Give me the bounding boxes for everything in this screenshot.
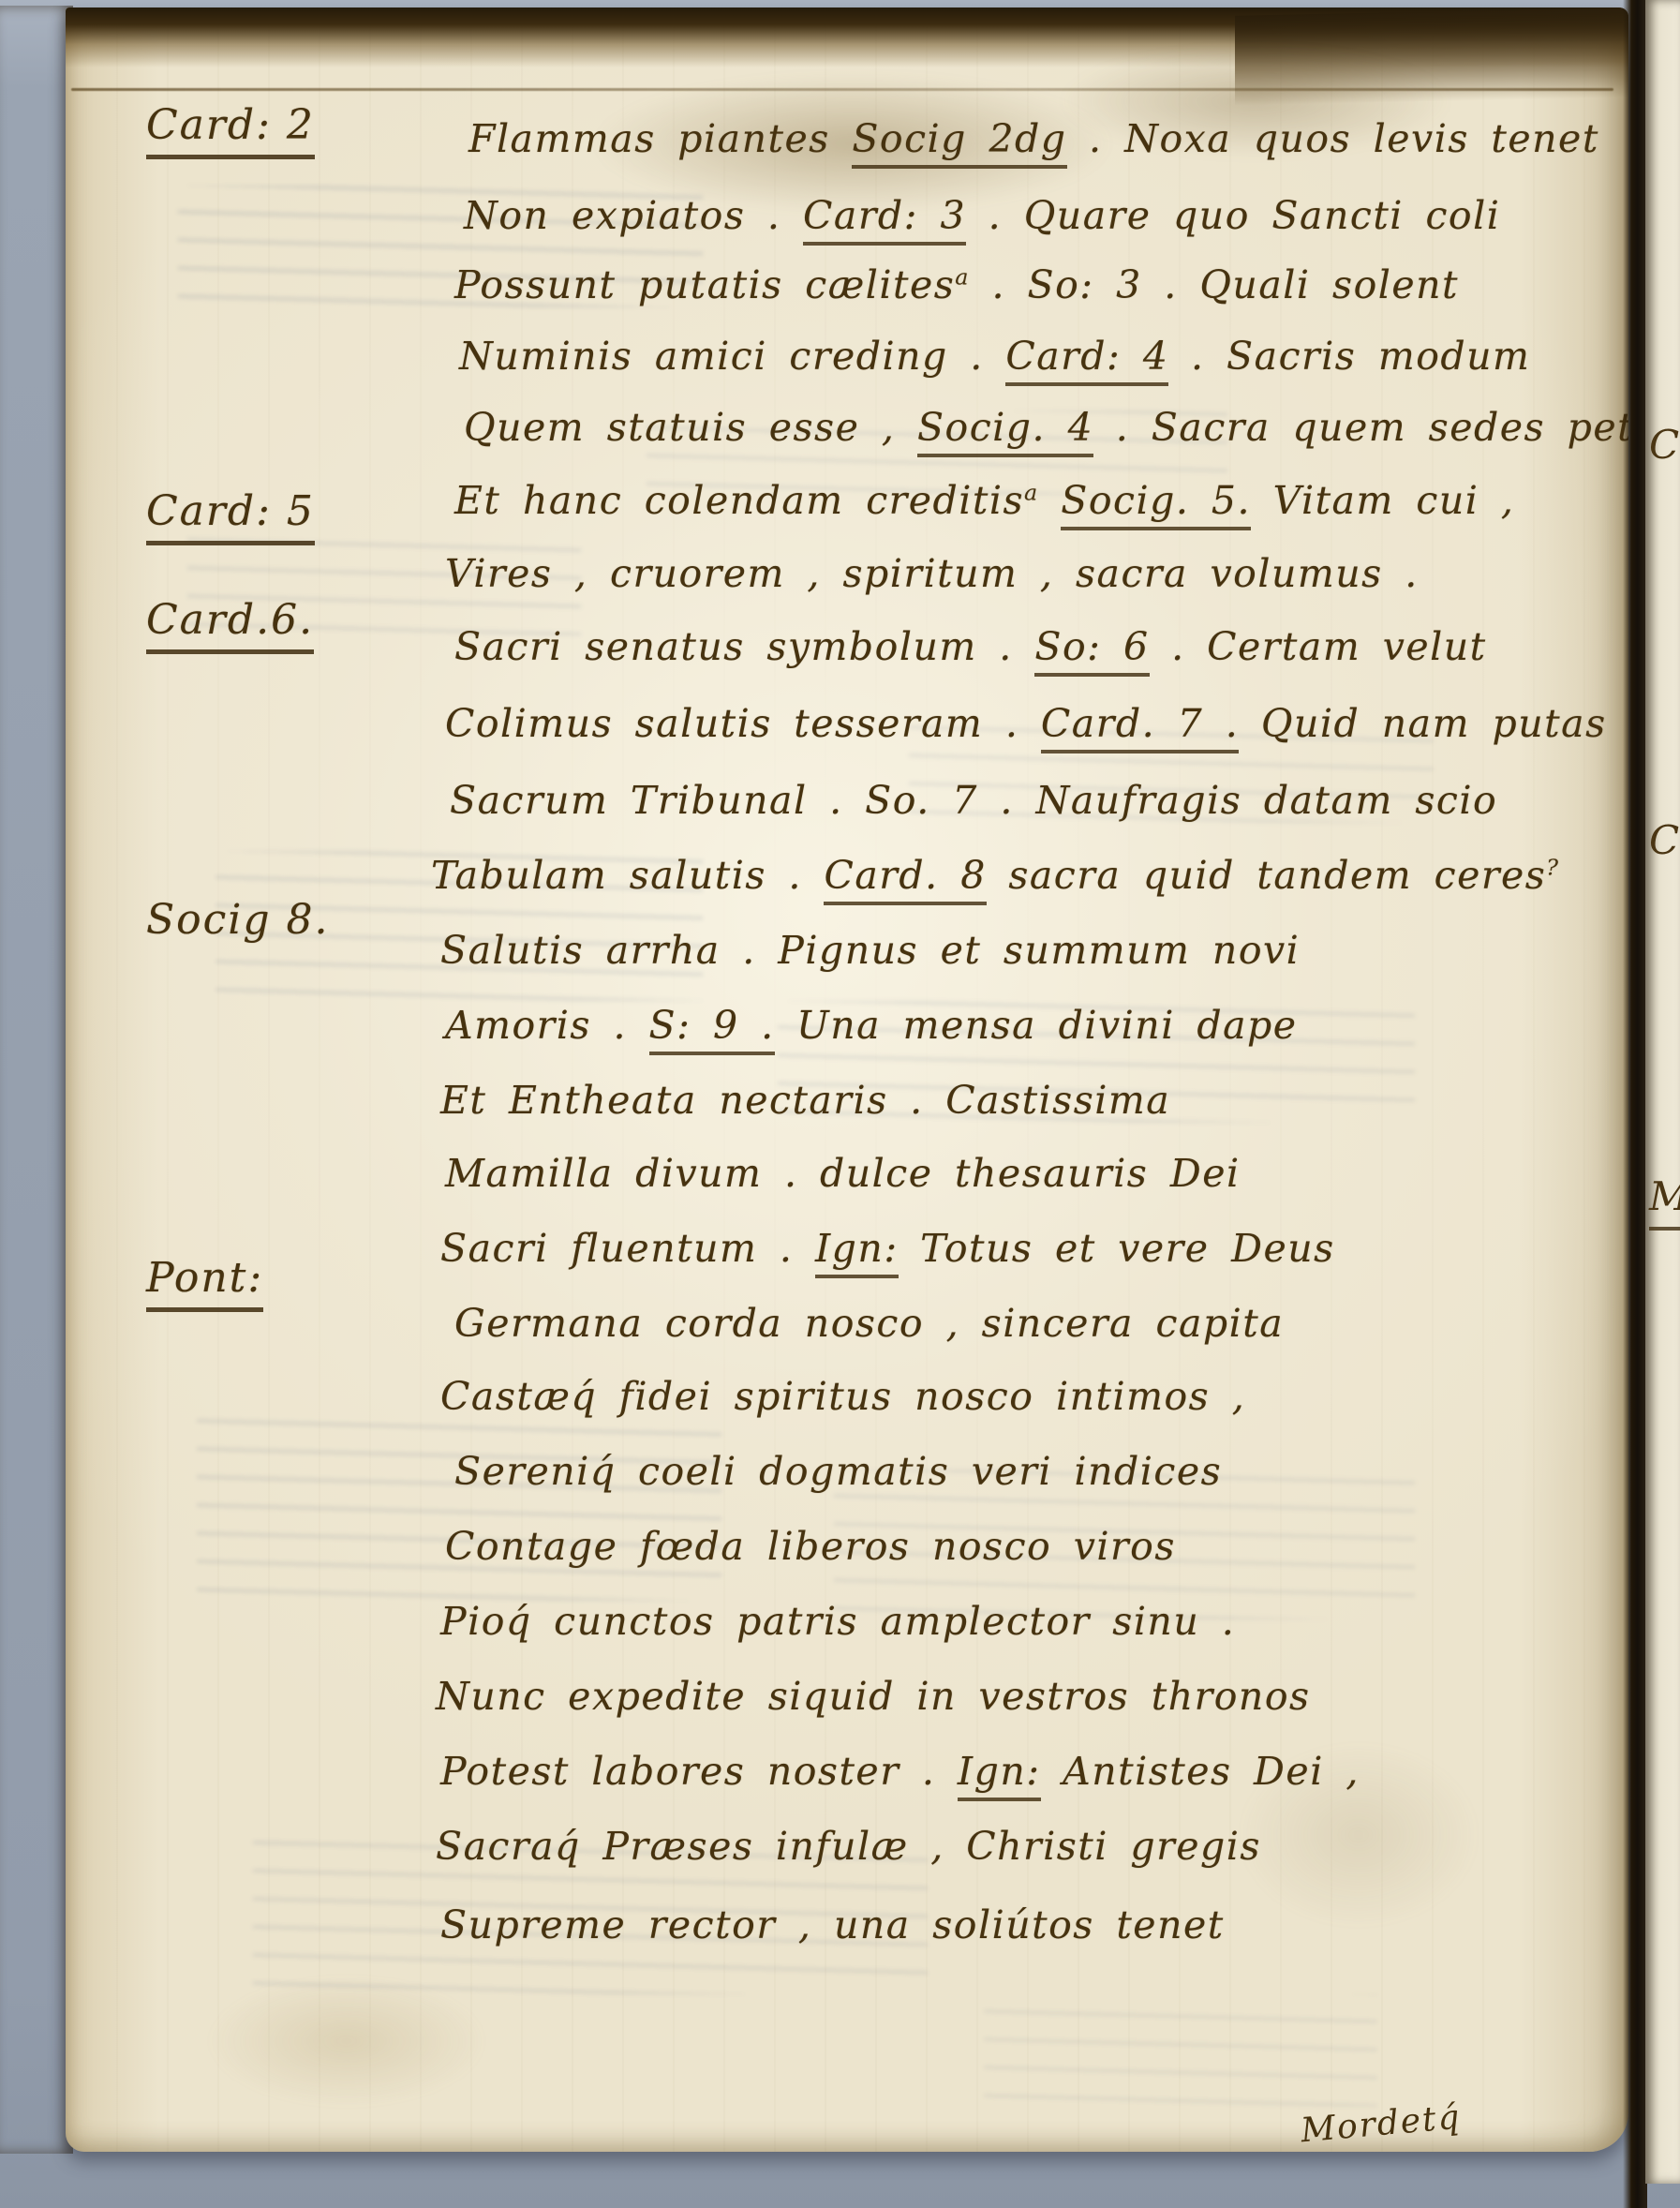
book-binding-edge	[0, 6, 73, 2154]
text-line: Supreme rector , una soliútos tenet	[440, 1902, 1225, 1947]
cue-label: Card: 3	[803, 193, 966, 246]
text-segment: . Sacra quem sedes petri	[1093, 405, 1628, 450]
next-page-text-fragment: Ca	[1649, 817, 1680, 863]
bleedthrough-text	[197, 1413, 721, 1601]
text-line: Contage fœda liberos nosco viros	[445, 1524, 1176, 1569]
text-line: Tabulam salutis . Card. 8 sacra quid tan…	[431, 853, 1560, 898]
speaker-label-text: Socig 8.	[146, 896, 329, 944]
text-segment: . Noxa quos levis tenet	[1067, 116, 1599, 161]
text-segment: Et hanc colendam creditis	[454, 478, 1024, 523]
speaker-label: Card: 2	[146, 101, 315, 149]
cue-label: Card. 7 .	[1041, 701, 1239, 753]
text-line: Sacri senatus symbolum . So: 6 . Certam …	[454, 624, 1487, 669]
speaker-label: Card.6.	[146, 596, 314, 644]
text-segment: Nunc expedite siquid in vestros thronos	[436, 1674, 1311, 1719]
text-line: Et Entheata nectaris . Castissima	[440, 1078, 1170, 1123]
text-segment: . Certam velut	[1150, 624, 1487, 669]
text-segment: Mamilla divum . dulce thesauris Dei	[445, 1151, 1241, 1196]
speaker-label: Pont:	[146, 1254, 263, 1302]
text-segment: Vitam cui ,	[1251, 478, 1514, 523]
page-top-crease-line	[71, 88, 1613, 91]
text-segment: Potest labores noster .	[440, 1749, 958, 1794]
text-segment: Sacraq́ Præses infulæ , Christi gregis	[436, 1824, 1261, 1869]
text-line: Possunt putatis cælitesa . So: 3 . Quali…	[454, 262, 1459, 307]
text-segment: . So: 3 . Quali solent	[970, 262, 1459, 307]
text-line: Potest labores noster . Ign: Antistes De…	[440, 1749, 1360, 1794]
text-line: Vires , cruorem , spiritum , sacra volum…	[445, 551, 1419, 596]
text-line: Sacrum Tribunal . So. 7 . Naufragis data…	[450, 778, 1497, 823]
next-page-edge: CCaM	[1645, 0, 1680, 2184]
cue-label: Ign:	[815, 1226, 899, 1278]
text-segment: Una mensa divini dape	[775, 1003, 1298, 1048]
manuscript-scan: Card: 2Card: 5Card.6.Socig 8.Pont: Flamm…	[0, 0, 1680, 2208]
text-segment: Sereniq́ coeli dogmatis veri indices	[454, 1449, 1222, 1494]
speaker-label-text: Card: 5	[146, 487, 315, 545]
text-line: Castæq́ fidei spiritus nosco intimos ,	[440, 1374, 1245, 1419]
text-segment: Totus et vere Deus	[899, 1226, 1335, 1271]
text-line: Quem statuis esse , Socig. 4 . Sacra que…	[464, 405, 1628, 450]
cue-label: So: 6	[1034, 624, 1149, 677]
cue-label: Card. 8	[824, 853, 986, 905]
text-segment: Quem statuis esse ,	[464, 405, 917, 450]
page-top-right-darkened-edge	[1235, 7, 1628, 106]
text-segment: Vires , cruorem , spiritum , sacra volum…	[445, 551, 1419, 596]
text-line: Et hanc colendam creditisa Socig. 5. Vit…	[454, 478, 1514, 523]
speaker-label-text: Pont:	[146, 1254, 263, 1312]
text-segment: Germana corda nosco , sincera capita	[454, 1301, 1284, 1346]
cue-label: Socig. 5.	[1061, 478, 1251, 530]
text-segment: Pioq́ cunctos patris amplector sinu .	[440, 1599, 1235, 1644]
text-line: Non expiatos . Card: 3 . Quare quo Sanct…	[464, 193, 1500, 238]
text-segment: Tabulam salutis .	[431, 853, 824, 898]
text-segment: . Quare quo Sancti coli	[966, 193, 1500, 238]
text-line: Nunc expedite siquid in vestros thronos	[436, 1674, 1311, 1719]
speaker-label-text: Card: 2	[146, 101, 315, 159]
superscript-mark: a	[955, 263, 970, 290]
speaker-label: Socig 8.	[146, 896, 329, 944]
text-segment: Antistes Dei ,	[1041, 1749, 1360, 1794]
text-line: Flammas piantes Socig 2dg . Noxa quos le…	[468, 116, 1599, 161]
text-segment: Amoris .	[445, 1003, 649, 1048]
text-segment: Sacri senatus symbolum .	[454, 624, 1034, 669]
cue-label: S: 9 .	[649, 1003, 775, 1055]
cue-label: Ign:	[958, 1749, 1041, 1801]
text-segment: Sacrum Tribunal . So. 7 . Naufragis data…	[450, 778, 1497, 823]
paper-stain	[206, 1976, 487, 2107]
manuscript-page: Card: 2Card: 5Card.6.Socig 8.Pont: Flamm…	[66, 7, 1628, 2152]
catchword: Mordetq́	[1300, 2098, 1464, 2151]
text-segment: Numinis amici creding .	[459, 334, 1005, 379]
cue-label: Socig. 4	[917, 405, 1093, 457]
text-segment: Salutis arrha . Pignus et summum novi	[440, 928, 1300, 973]
superscript-mark: a	[1024, 479, 1039, 505]
text-segment: Et Entheata nectaris . Castissima	[440, 1078, 1170, 1123]
text-segment	[1039, 478, 1062, 523]
text-segment: Flammas piantes	[468, 116, 852, 161]
text-segment: Supreme rector , una soliútos tenet	[440, 1902, 1225, 1947]
text-line: Pioq́ cunctos patris amplector sinu .	[440, 1599, 1235, 1644]
superscript-mark: ?	[1546, 854, 1559, 880]
text-segment: Sacri fluentum .	[440, 1226, 815, 1271]
bleedthrough-text	[984, 1994, 1377, 2107]
text-segment: Possunt putatis cælites	[454, 262, 955, 307]
text-line: Amoris . S: 9 . Una mensa divini dape	[445, 1003, 1298, 1048]
text-line: Sacraq́ Præses infulæ , Christi gregis	[436, 1824, 1261, 1869]
text-segment: Contage fœda liberos nosco viros	[445, 1524, 1176, 1569]
cue-label: Card: 4	[1005, 334, 1168, 386]
text-segment: Quid nam putas	[1239, 701, 1606, 746]
text-line: Salutis arrha . Pignus et summum novi	[440, 928, 1300, 973]
text-segment: sacra quid tandem ceres	[987, 853, 1546, 898]
text-line: Colimus salutis tesseram . Card. 7 . Qui…	[445, 701, 1607, 746]
text-segment: Non expiatos .	[464, 193, 803, 238]
text-line: Sacri fluentum . Ign: Totus et vere Deus	[440, 1226, 1335, 1271]
text-line: Numinis amici creding . Card: 4 . Sacris…	[459, 334, 1530, 379]
text-segment: Colimus salutis tesseram .	[445, 701, 1041, 746]
next-page-text-fragment: C	[1649, 422, 1679, 468]
cue-label: Socig 2dg	[852, 116, 1066, 169]
text-segment: Castæq́ fidei spiritus nosco intimos ,	[440, 1374, 1245, 1419]
text-line: Sereniq́ coeli dogmatis veri indices	[454, 1449, 1222, 1494]
text-segment: . Sacris modum	[1168, 334, 1530, 379]
text-line: Mamilla divum . dulce thesauris Dei	[445, 1151, 1241, 1196]
speaker-label: Card: 5	[146, 487, 315, 535]
text-line: Germana corda nosco , sincera capita	[454, 1301, 1284, 1346]
next-page-text-fragment: M	[1649, 1173, 1680, 1231]
page-gutter-shadow	[1623, 0, 1647, 2208]
speaker-label-text: Card.6.	[146, 596, 314, 654]
